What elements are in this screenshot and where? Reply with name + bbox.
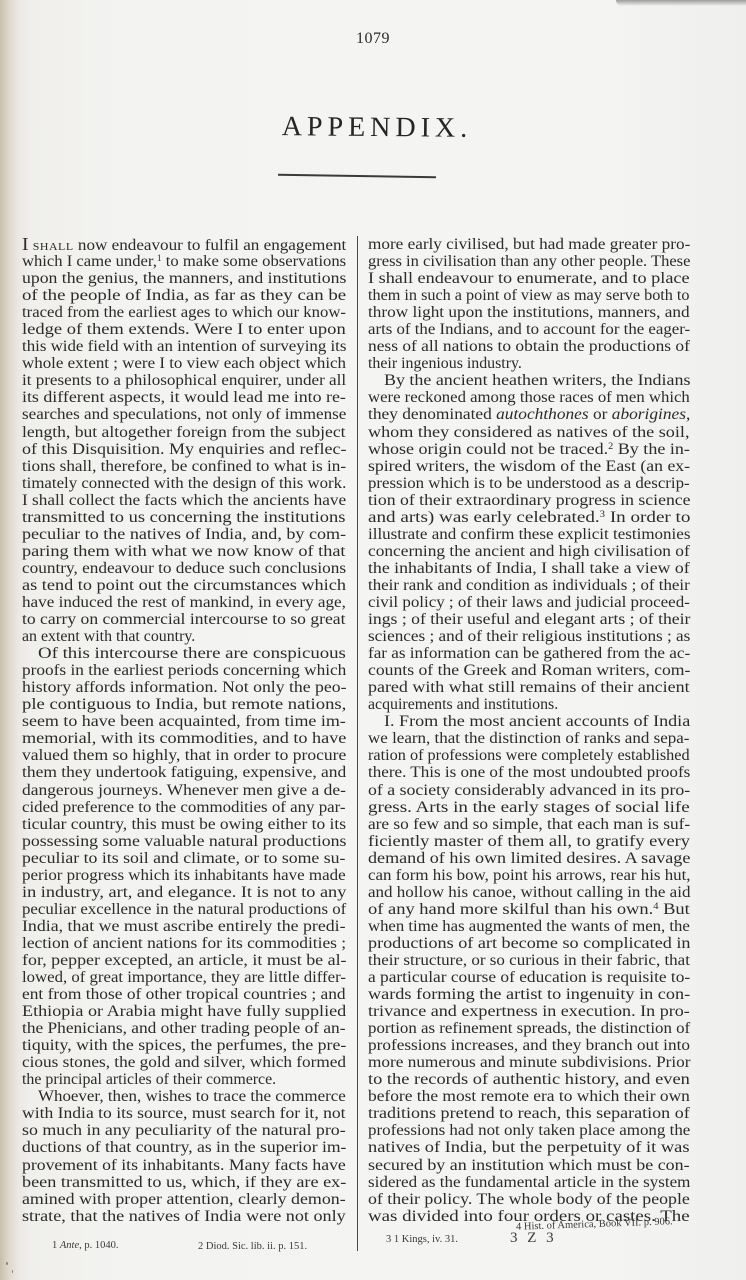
text-line: so much in any peculiarity of the natura… [22, 1122, 346, 1139]
text-line: to carry on commercial intercourse to so… [22, 611, 346, 628]
text-line: dangerous journeys. Whenever men give a … [22, 782, 346, 799]
text-line: tions shall, therefore, be confined to w… [22, 458, 346, 475]
text-line: I shall collect the facts which the anci… [22, 492, 346, 509]
text-line: lection of ancient nations for its commo… [22, 935, 346, 952]
text-line: transmitted to us concerning the institu… [22, 509, 346, 526]
text-line: which I came under,1 to make some observ… [22, 253, 346, 270]
text-line: seem to have been acquainted, from time … [22, 713, 346, 730]
text-line: were reckoned among those races of men w… [368, 389, 690, 406]
text-line: searches and speculations, not only of i… [22, 406, 346, 423]
text-line: paring them with what we now know of tha… [22, 543, 346, 560]
text-line: whose origin could not be traced.2 By th… [368, 441, 690, 458]
text-line: traditions pretend to reach, this separa… [368, 1105, 690, 1122]
text-line: pression which is to be understood as a … [368, 475, 690, 492]
text-line: whom they considered as natives of the s… [368, 424, 690, 441]
text-line: have induced the rest of mankind, in eve… [22, 594, 346, 611]
text-line: gress in civilisation than any other peo… [368, 253, 690, 270]
text-line: them they undertook fatiguing, expensive… [22, 764, 346, 781]
text-line: the principal articles of their commerce… [22, 1071, 346, 1088]
text-line: far as information can be gathered from … [368, 645, 690, 662]
text-line: sciences ; and of their religious instit… [368, 628, 690, 645]
footnote-3: 3 1 Kings, iv. 31. [386, 1234, 458, 1245]
text-line: they denominated autochthones or aborigi… [368, 406, 690, 423]
text-line: of the people of India, as far as they c… [22, 287, 346, 304]
page-number: 1079 [0, 30, 746, 48]
text-line: more early civilised, but had made great… [368, 236, 690, 253]
text-line: ings ; of their useful and elegant arts … [368, 611, 690, 628]
text-line: length, but altogether foreign from the … [22, 424, 346, 441]
text-line: timately connected with the design of th… [22, 475, 346, 492]
text-line: its different aspects, it would lead me … [22, 389, 346, 406]
text-line: I. From the most ancient accounts of Ind… [368, 713, 690, 730]
text-line: Whoever, then, wishes to trace the comme… [22, 1088, 346, 1105]
text-line: tiquity, with the spices, the perfumes, … [22, 1037, 346, 1054]
text-line: productions of art become so complicated… [368, 935, 690, 952]
text-line: of their policy. The whole body of the p… [368, 1191, 690, 1208]
text-line: country, endeavour to deduce such conclu… [22, 560, 346, 577]
text-line: peculiar to its soil and climate, or to … [22, 850, 346, 867]
text-line: are so few and so simple, that each man … [368, 816, 690, 833]
text-line: ledge of them extends. Were I to enter u… [22, 321, 346, 338]
text-line: I shall endeavour to enumerate, and to p… [368, 270, 690, 287]
text-line: trivance and expertness in execution. In… [368, 1003, 690, 1020]
text-line: it presents to a philosophical enquirer,… [22, 372, 346, 389]
text-line: valued them so highly, that in order to … [22, 747, 346, 764]
paper-speck [6, 1262, 8, 1265]
column-divider [357, 236, 358, 1251]
text-line: India, that we must ascribe entirely the… [22, 918, 346, 935]
text-line: strate, that the natives of India were n… [22, 1208, 346, 1225]
text-line: throw light upon the institutions, manne… [368, 304, 690, 321]
text-line: ness of all nations to obtain the produc… [368, 338, 690, 355]
footnote-1: 1 Ante, p. 1040. [52, 1240, 119, 1251]
text-line: memorial, with its commodities, and to h… [22, 730, 346, 747]
title-rule-divider [278, 174, 436, 178]
text-line: ficiently master of them all, to gratify… [368, 833, 690, 850]
text-line: peculiar to the natives of India, and, b… [22, 526, 346, 543]
text-line: to the records of authentic history, and… [368, 1071, 690, 1088]
text-line: cided preference to the commodities of a… [22, 799, 346, 816]
text-line: their ingenious industry. [368, 355, 690, 372]
text-line: of a society considerably advanced in it… [368, 782, 690, 799]
text-line: ple contiguous to India, but remote nati… [22, 696, 346, 713]
text-line: lowed, of great importance, they are lit… [22, 969, 346, 986]
text-line: traced from the earliest ages to which o… [22, 304, 346, 321]
text-line: Ethiopia or Arabia might have fully supp… [22, 1003, 346, 1020]
text-line: for, pepper excepted, an article, it mus… [22, 952, 346, 969]
text-line: pared with what still remains of their a… [368, 679, 690, 696]
text-line: provement of its inhabitants. Many facts… [22, 1157, 346, 1174]
text-line: whole extent ; were I to view each objec… [22, 355, 346, 372]
text-line: an extent with that country. [22, 628, 346, 645]
paper-speck [12, 1270, 13, 1273]
text-line: arts of the Indians, and to account for … [368, 321, 690, 338]
text-line: when time has augmented the wants of men… [368, 918, 690, 935]
text-line: with India to its source, must search fo… [22, 1105, 346, 1122]
text-line: sidered as the fundamental article in th… [368, 1174, 690, 1191]
printer-signature: 3 Z 3 [510, 1230, 557, 1247]
text-line: before the most remote era to which thei… [368, 1088, 690, 1105]
text-line: ent from those of other tropical countri… [22, 986, 346, 1003]
text-line: counts of the Greek and Roman writers, c… [368, 662, 690, 679]
text-line: ticular country, this must be owing eith… [22, 816, 346, 833]
book-page: 1079 APPENDIX. I SHALL now endeavour to … [0, 0, 746, 1280]
text-line: and arts) was early celebrated.3 In orde… [368, 509, 690, 526]
page-title: APPENDIX. [4, 109, 746, 148]
text-line: of any hand more skilful than his own.4 … [368, 901, 690, 918]
text-line: natives of India, but the perpetuity of … [368, 1139, 690, 1156]
text-line: can form his bow, point his arrows, rear… [368, 867, 690, 884]
text-line: spired writers, the wisdom of the East (… [368, 458, 690, 475]
text-line: them in such a point of view as may serv… [368, 287, 690, 304]
text-line: the Phenicians, and other trading people… [22, 1020, 346, 1037]
text-line: the inhabitants of India, I shall take a… [368, 560, 690, 577]
text-line: illustrate and confirm these explicit te… [368, 526, 690, 543]
text-line: peculiar excellence in the natural produ… [22, 901, 346, 918]
text-line: upon the genius, the manners, and instit… [22, 270, 346, 287]
text-line: secured by an institution which must be … [368, 1157, 690, 1174]
text-line: proofs in the earliest periods concernin… [22, 662, 346, 679]
text-line: their rank and condition as individuals … [368, 577, 690, 594]
text-line: we learn, that the distinction of ranks … [368, 730, 690, 747]
text-line: perior progress which its inhabitants ha… [22, 867, 346, 884]
text-line: concerning the ancient and high civilisa… [368, 543, 690, 560]
text-line: tion of their extraordinary progress in … [368, 492, 690, 509]
text-line: and hollow his canoe, without calling in… [368, 884, 690, 901]
text-line: gress. Arts in the early stages of socia… [368, 799, 690, 816]
text-line: history affords information. Not only th… [22, 679, 346, 696]
text-line: as tend to point out the circumstances w… [22, 577, 346, 594]
text-line: possessing some valuable natural product… [22, 833, 346, 850]
footnote-2: 2 Diod. Sic. lib. ii. p. 151. [198, 1241, 307, 1252]
text-line: more numerous and minute subdivisions. P… [368, 1054, 690, 1071]
right-column: more early civilised, but had made great… [368, 236, 690, 1225]
text-line: Of this intercourse there are conspicuou… [22, 645, 346, 662]
text-line: cious stones, the gold and silver, which… [22, 1054, 346, 1071]
text-line: civil policy ; of their laws and judicia… [368, 594, 690, 611]
text-line: By the ancient heathen writers, the Indi… [368, 372, 690, 389]
text-line: demand of his own limited desires. A sav… [368, 850, 690, 867]
text-line: wards forming the artist to ingenuity in… [368, 986, 690, 1003]
text-line: professions had not only taken place amo… [368, 1122, 690, 1139]
text-line: I SHALL now endeavour to fulfil an engag… [22, 236, 346, 253]
text-line: a particular course of education is requ… [368, 969, 690, 986]
text-line: in industry, art, and elegance. It is no… [22, 884, 346, 901]
facing-page-shadow [616, 0, 746, 6]
text-line: their structure, or so curious in their … [368, 952, 690, 969]
text-line: acquirements and institutions. [368, 696, 690, 713]
text-line: ration of professions were completely es… [368, 747, 690, 764]
text-line: been transmitted to us, which, if they a… [22, 1174, 346, 1191]
text-line: this wide field with an intention of sur… [22, 338, 346, 355]
text-line: of this Disquisition. My enquiries and r… [22, 441, 346, 458]
text-line: professions increases, and they branch o… [368, 1037, 690, 1054]
text-line: amined with proper attention, clearly de… [22, 1191, 346, 1208]
text-line: ductions of that country, as in the supe… [22, 1139, 346, 1156]
left-column: I SHALL now endeavour to fulfil an engag… [22, 236, 346, 1225]
text-line: portion as refinement spreads, the disti… [368, 1020, 690, 1037]
text-line: there. This is one of the most undoubted… [368, 764, 690, 781]
